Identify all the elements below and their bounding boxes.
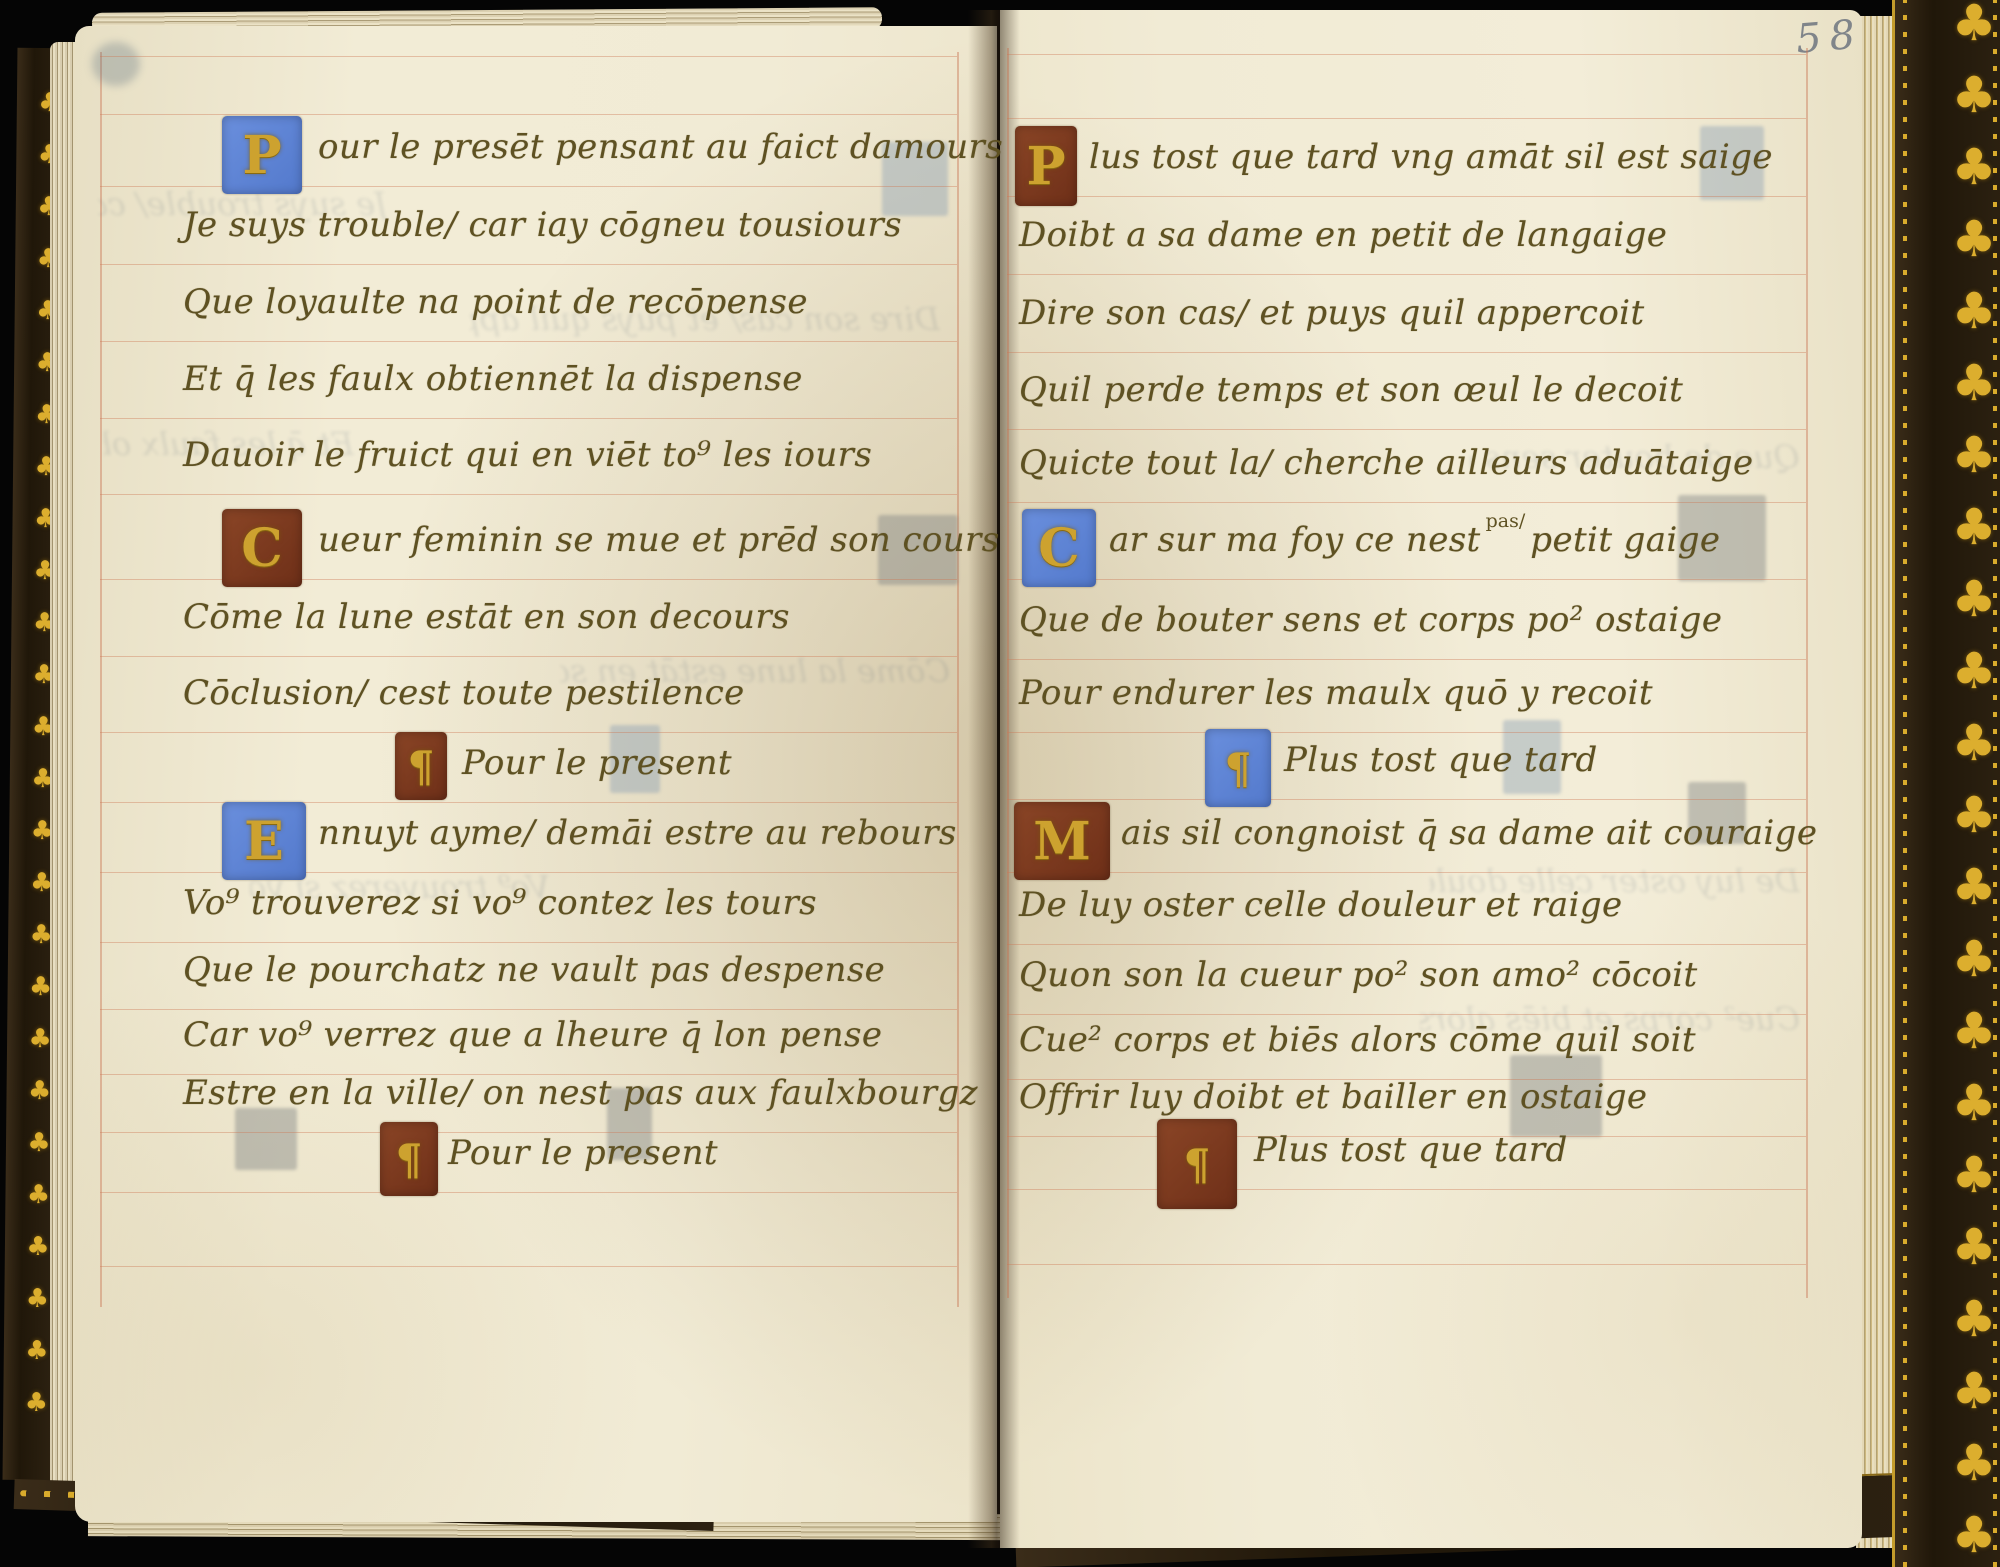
refrain-text: Plus tost que tard — [1254, 1115, 1568, 1185]
right-cover-gilt-border: ♣♣♣♣♣♣♣♣♣♣♣♣♣♣♣♣♣♣♣♣♣♣♣♣ — [1892, 0, 2000, 1567]
verse-line: Cōclusion/ cest toute pestilence — [100, 658, 957, 733]
gold-tooling-pattern: ♣♣♣♣♣♣♣♣♣♣♣♣♣♣♣♣♣♣♣♣♣♣♣♣ — [1895, 0, 2000, 1561]
verse-line: Dauoir le fruict qui en viēt to⁹ les iou… — [100, 420, 957, 495]
verse-line: Que le pourchatz ne vault pas despense — [100, 935, 957, 1010]
verse-line: De luy oster celle douleur et raige — [1007, 870, 1806, 945]
verse-text: our le presēt pensant au faict damours — [318, 112, 1003, 182]
verse-text: petit gaige — [1530, 505, 1720, 575]
verse-line: Doibt a sa dame en petit de langaige — [1007, 200, 1806, 275]
manuscript-photo: ♣♣♣♣♣♣♣♣♣♣♣♣♣♣♣♣♣♣♣♣♣♣♣♣♣♣ ♣♣♣♣♣♣♣♣♣♣♣♣♣… — [0, 0, 2000, 1567]
interlinear-insertion: pas/ — [1486, 512, 1526, 531]
verse-text: ueur feminin se mue et prēd son cours — [318, 505, 1000, 575]
verse-text: Et q̄ les faulx obtiennēt la dispense — [183, 344, 803, 414]
ruled-line — [1007, 1190, 1806, 1265]
gold-dot-line — [1903, 0, 1907, 1567]
verse-line: M ais sil congnoist q̄ sa dame ait coura… — [1007, 798, 1806, 873]
verse-text: Quicte tout la/ cherche ailleurs aduātai… — [1019, 428, 1754, 498]
verse-line-with-insertion: C ar sur ma foy ce nestpas/petit gaige — [1007, 505, 1806, 580]
verse-text: Que le pourchatz ne vault pas despense — [183, 935, 885, 1005]
refrain-text: Plus tost que tard — [1284, 725, 1598, 795]
pilcrow-initial: ¶ — [380, 1122, 438, 1196]
illuminated-initial-P: P — [1015, 126, 1077, 206]
verse-text: Quil perde temps et son œul le decoit — [1019, 355, 1683, 425]
verse-text: Doibt a sa dame en petit de langaige — [1019, 200, 1667, 270]
verse-line: E nnuyt ayme/ demāi estre au rebours — [100, 798, 957, 873]
verse-line: P our le presēt pensant au faict damours — [100, 112, 957, 187]
ruled-line — [100, 40, 957, 115]
illuminated-initial-P: P — [222, 116, 302, 194]
verse-line: Que de bouter sens et corps po² ostaige — [1007, 585, 1806, 660]
verse-text: Que loyaulte na point de recōpense — [183, 267, 808, 337]
verse-line: Vo⁹ trouverez si vo⁹ contez les tours — [100, 868, 957, 943]
verse-line: Cōme la lune estāt en son decours — [100, 582, 957, 657]
illuminated-initial-C: C — [1022, 509, 1096, 587]
verse-line: Quicte tout la/ cherche ailleurs aduātai… — [1007, 428, 1806, 503]
verse-line: P lus tost que tard vng amāt sil est sai… — [1007, 122, 1806, 197]
ruled-line — [1007, 44, 1806, 119]
refrain-text: Pour le present — [462, 728, 732, 798]
illuminated-initial-M: M — [1014, 802, 1110, 880]
refrain-line: ¶ Pour le present — [100, 728, 957, 803]
verse-text: ais sil congnoist q̄ sa dame ait couraig… — [1121, 798, 1817, 868]
gold-dot-line — [1993, 0, 1997, 1567]
margin-rule — [1806, 48, 1808, 1298]
verse-line: Je suys trouble/ car iay cōgneu tousiour… — [100, 190, 957, 265]
verse-text: Cōclusion/ cest toute pestilence — [183, 658, 745, 728]
verse-line: Quon son la cueur po² son amo² cōcoit — [1007, 940, 1806, 1015]
refrain-line: ¶ Plus tost que tard — [1007, 1115, 1806, 1190]
pilcrow-initial: ¶ — [1205, 729, 1271, 807]
verse-text: lus tost que tard vng amāt sil est saige — [1089, 122, 1773, 192]
verse-text: Que de bouter sens et corps po² ostaige — [1019, 585, 1722, 655]
verse-line: Que loyaulte na point de recōpense — [100, 267, 957, 342]
verse-text: Dauoir le fruict qui en viēt to⁹ les iou… — [183, 420, 872, 490]
illuminated-initial-C: C — [222, 509, 302, 587]
verse-line: C ueur feminin se mue et prēd son cours — [100, 505, 957, 580]
verse-line: Et q̄ les faulx obtiennēt la dispense — [100, 344, 957, 419]
verse-text: nnuyt ayme/ demāi estre au rebours — [318, 798, 957, 868]
verse-line: Quil perde temps et son œul le decoit — [1007, 355, 1806, 430]
verse-text: Quon son la cueur po² son amo² cōcoit — [1019, 940, 1698, 1010]
verse-text: Vo⁹ trouverez si vo⁹ contez les tours — [183, 868, 817, 938]
verse-text: De luy oster celle douleur et raige — [1019, 870, 1623, 940]
verse-text: Cōme la lune estāt en son decours — [183, 582, 790, 652]
pilcrow-initial: ¶ — [395, 732, 447, 800]
verse-text: ar sur ma foy ce nest — [1109, 505, 1481, 575]
refrain-text: Pour le present — [448, 1118, 718, 1188]
verse-text: Je suys trouble/ car iay cōgneu tousiour… — [183, 190, 902, 260]
verse-text: Pour endurer les maulx quō y recoit — [1019, 658, 1653, 728]
verse-text: Dire son cas/ et puys quil appercoit — [1019, 278, 1645, 348]
ruled-line — [100, 1192, 957, 1267]
refrain-line: ¶ Plus tost que tard — [1007, 725, 1806, 800]
refrain-line: ¶ Pour le present — [100, 1118, 957, 1193]
verse-line: Pour endurer les maulx quō y recoit — [1007, 658, 1806, 733]
verse-line: Dire son cas/ et puys quil appercoit — [1007, 278, 1806, 353]
